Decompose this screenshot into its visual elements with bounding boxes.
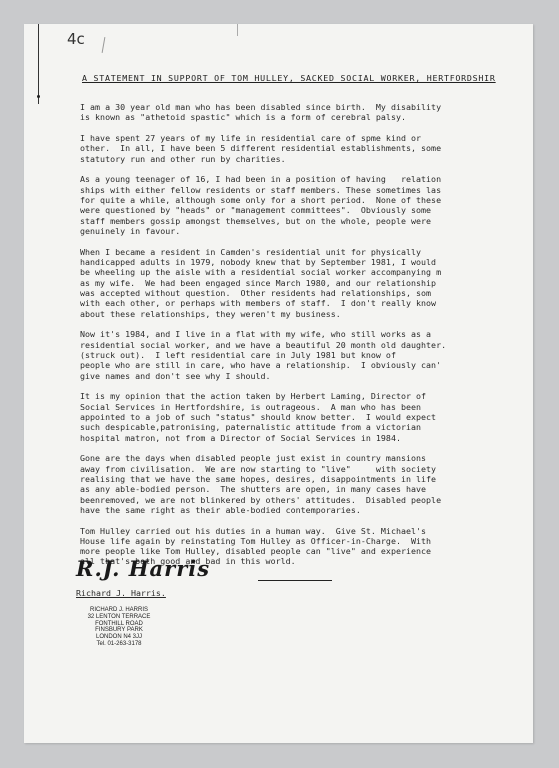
paragraph: I am a 30 year old man who has been disa… (80, 102, 550, 123)
page-number: 4c (67, 30, 85, 48)
document-body: I am a 30 year old man who has been disa… (80, 102, 550, 577)
address-line: Tel. 01-263-3178 (84, 641, 154, 648)
pencil-mark (237, 24, 238, 36)
margin-mark (37, 95, 40, 98)
signature-line (258, 580, 332, 581)
address-line: RICHARD J. HARRIS (84, 607, 154, 614)
paragraph: As a young teenager of 16, I had been in… (80, 174, 550, 236)
address-line: 32 LENTON TERRACE (84, 614, 154, 621)
address-line: FINSBURY PARK (84, 627, 154, 634)
paragraph: Gone are the days when disabled people j… (80, 453, 550, 515)
address-line: FONTHILL ROAD (84, 621, 154, 628)
typed-name: Richard J. Harris. (76, 588, 166, 598)
paragraph: It is my opinion that the action taken b… (80, 391, 550, 442)
document-title: A STATEMENT IN SUPPORT OF TOM HULLEY, SA… (82, 73, 496, 83)
address-stamp: RICHARD J. HARRIS32 LENTON TERRACEFONTHI… (84, 607, 154, 648)
paragraph: When I became a resident in Camden's res… (80, 247, 550, 319)
handwritten-signature: R.J. Harris (76, 556, 210, 581)
paragraph: I have spent 27 years of my life in resi… (80, 133, 550, 164)
address-line: LONDON N4 3JJ (84, 634, 154, 641)
margin-rule (38, 24, 39, 104)
paragraph: Now it's 1984, and I live in a flat with… (80, 329, 550, 380)
